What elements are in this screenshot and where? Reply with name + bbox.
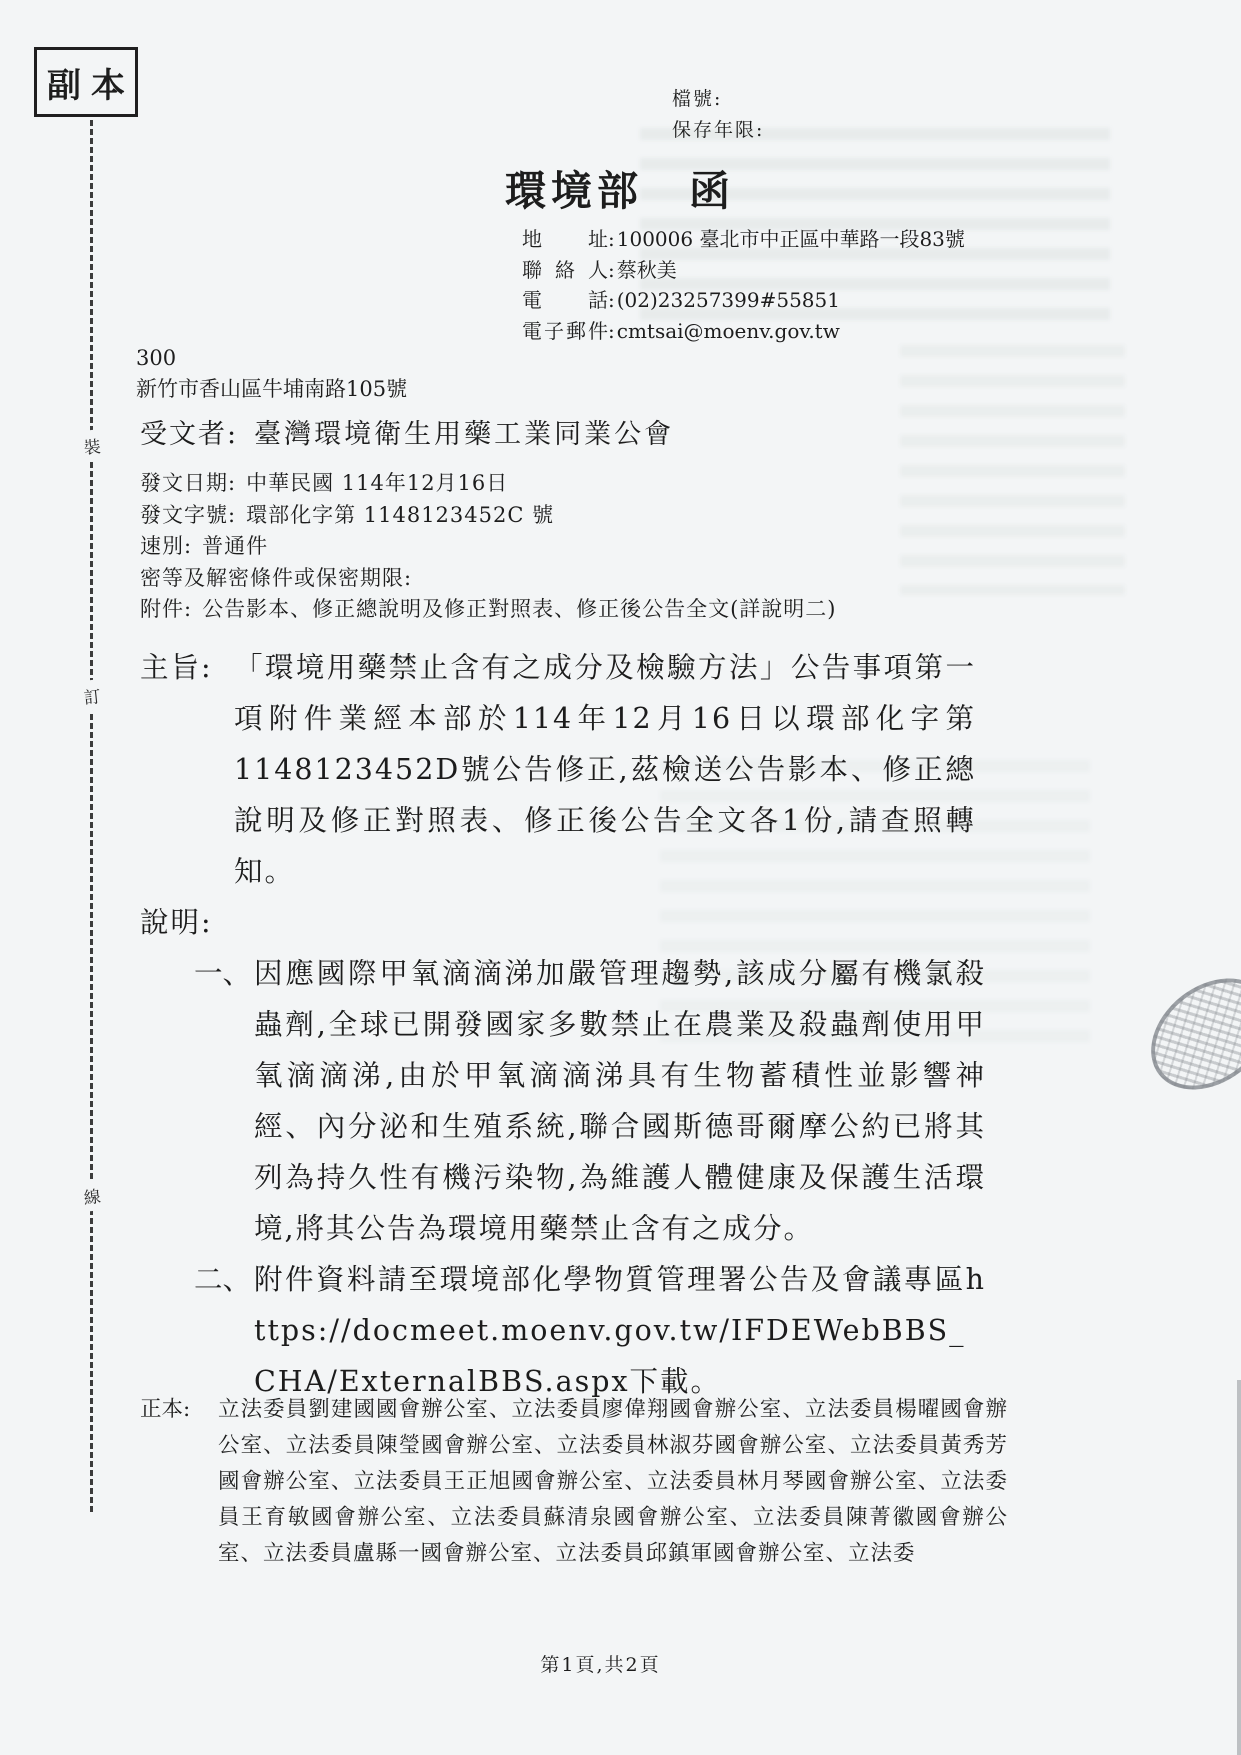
- contact-row-person: 聯絡人:蔡秋美: [522, 255, 965, 286]
- official-seal-stamp: [1129, 956, 1241, 1113]
- attachments-value: 公告影本、修正總說明及修正對照表、修正後公告全文(詳說明二): [202, 597, 836, 621]
- address-value: 100006 臺北市中正區中華路一段83號: [617, 227, 965, 251]
- colon: :: [608, 319, 615, 343]
- meta-row-classification: 密等及解密條件或保密期限:: [140, 563, 836, 595]
- meta-block: 發文日期:中華民國 114年12月16日 發文字號:環部化字第 11481234…: [140, 468, 836, 626]
- binding-dotted-line: [90, 120, 93, 1512]
- explanation-item-2: 二、 附件資料請至環境部化學物質管理署公告及會議專區https://docmee…: [140, 1254, 1026, 1407]
- colon: :: [608, 227, 615, 251]
- contact-row-address: 地址:100006 臺北市中正區中華路一段83號: [522, 224, 965, 255]
- binding-mark-xian: 線: [78, 1179, 105, 1212]
- scanned-letter-page: 副本 裝 訂 線 檔號: 保存年限: 環境部 函 地址:100006 臺北市中正…: [0, 0, 1241, 1755]
- letter-body: 主旨: 「環境用藥禁止含有之成分及檢驗方法」公告事項第一項附件業經本部於114年…: [140, 642, 1026, 1407]
- page-footer: 第1頁,共2頁: [0, 1650, 1201, 1677]
- document-title: 環境部 函: [505, 158, 735, 217]
- original-recipients-label: 正本:: [140, 1392, 218, 1572]
- ref-number-value: 環部化字第 1148123452C 號: [246, 503, 554, 527]
- scan-edge-shadow: [1237, 1380, 1241, 1755]
- ref-number-label: 發文字號:: [140, 503, 236, 527]
- subject-label: 主旨:: [140, 642, 234, 897]
- contact-row-phone: 電話:(02)23257399#55851: [522, 285, 965, 316]
- file-number-block: 檔號: 保存年限:: [672, 84, 764, 146]
- colon: :: [608, 288, 615, 312]
- priority-label: 速別:: [140, 534, 192, 558]
- issue-date-value: 中華民國 114年12月16日: [246, 471, 508, 495]
- item-number: 一、: [194, 948, 254, 1254]
- meta-row-priority: 速別:普通件: [140, 531, 836, 563]
- recipient-label: 受文者:: [140, 419, 238, 450]
- contact-row-email: 電子郵件:cmtsai@moenv.gov.tw: [522, 316, 965, 347]
- recipient-zip: 300: [136, 343, 407, 374]
- copy-stamp-box: 副本: [34, 47, 138, 117]
- attachments-label: 附件:: [140, 597, 192, 621]
- copy-stamp-label: 副本: [47, 58, 135, 107]
- retention-period-label: 保存年限:: [672, 115, 764, 146]
- explanation-item-2-text: 附件資料請至環境部化學物質管理署公告及會議專區https://docmeet.m…: [254, 1254, 986, 1407]
- sender-contact-block: 地址:100006 臺北市中正區中華路一段83號 聯絡人:蔡秋美 電話:(02)…: [522, 224, 965, 346]
- explanation-item-1: 一、 因應國際甲氧滴滴涕加嚴管理趨勢,該成分屬有機氯殺蟲劑,全球已開發國家多數禁…: [140, 948, 1026, 1254]
- issue-date-label: 發文日期:: [140, 471, 236, 495]
- original-recipients-text: 立法委員劉建國國會辦公室、立法委員廖偉翔國會辦公室、立法委員楊曜國會辦公室、立法…: [218, 1392, 1008, 1572]
- file-number-label: 檔號:: [672, 84, 764, 115]
- phone-value: (02)23257399#55851: [617, 288, 840, 312]
- contact-person-label: 聯絡人: [522, 255, 608, 286]
- original-recipients-section: 正本: 立法委員劉建國國會辦公室、立法委員廖偉翔國會辦公室、立法委員楊曜國會辦公…: [140, 1392, 1020, 1572]
- email-value: cmtsai@moenv.gov.tw: [617, 319, 840, 343]
- recipient-name: 臺灣環境衛生用藥工業同業公會: [254, 419, 674, 450]
- meta-row-date: 發文日期:中華民國 114年12月16日: [140, 468, 836, 500]
- phone-label: 電話: [522, 285, 608, 316]
- binding-mark-zhuang: 裝: [78, 429, 105, 462]
- explanation-label: 說明:: [140, 897, 1026, 948]
- meta-row-attachments: 附件:公告影本、修正總說明及修正對照表、修正後公告全文(詳說明二): [140, 594, 836, 626]
- colon: :: [608, 258, 615, 282]
- recipient-line: 受文者:臺灣環境衛生用藥工業同業公會: [140, 412, 674, 451]
- priority-value: 普通件: [202, 534, 268, 558]
- recipient-street: 新竹市香山區牛埔南路105號: [136, 374, 407, 405]
- item-number: 二、: [194, 1254, 254, 1407]
- bleedthrough-artifact: [900, 345, 1125, 595]
- binding-mark-ding: 訂: [78, 679, 105, 712]
- email-label: 電子郵件: [522, 316, 608, 347]
- subject-text: 「環境用藥禁止含有之成分及檢驗方法」公告事項第一項附件業經本部於114年12月1…: [234, 642, 976, 897]
- address-label: 地址: [522, 224, 608, 255]
- classification-label: 密等及解密條件或保密期限:: [140, 566, 412, 590]
- meta-row-ref-number: 發文字號:環部化字第 1148123452C 號: [140, 500, 836, 532]
- subject-section: 主旨: 「環境用藥禁止含有之成分及檢驗方法」公告事項第一項附件業經本部於114年…: [140, 642, 1026, 897]
- explanation-item-1-text: 因應國際甲氧滴滴涕加嚴管理趨勢,該成分屬有機氯殺蟲劑,全球已開發國家多數禁止在農…: [254, 948, 986, 1254]
- contact-person-value: 蔡秋美: [617, 258, 677, 282]
- recipient-postal-block: 300 新竹市香山區牛埔南路105號: [136, 343, 407, 405]
